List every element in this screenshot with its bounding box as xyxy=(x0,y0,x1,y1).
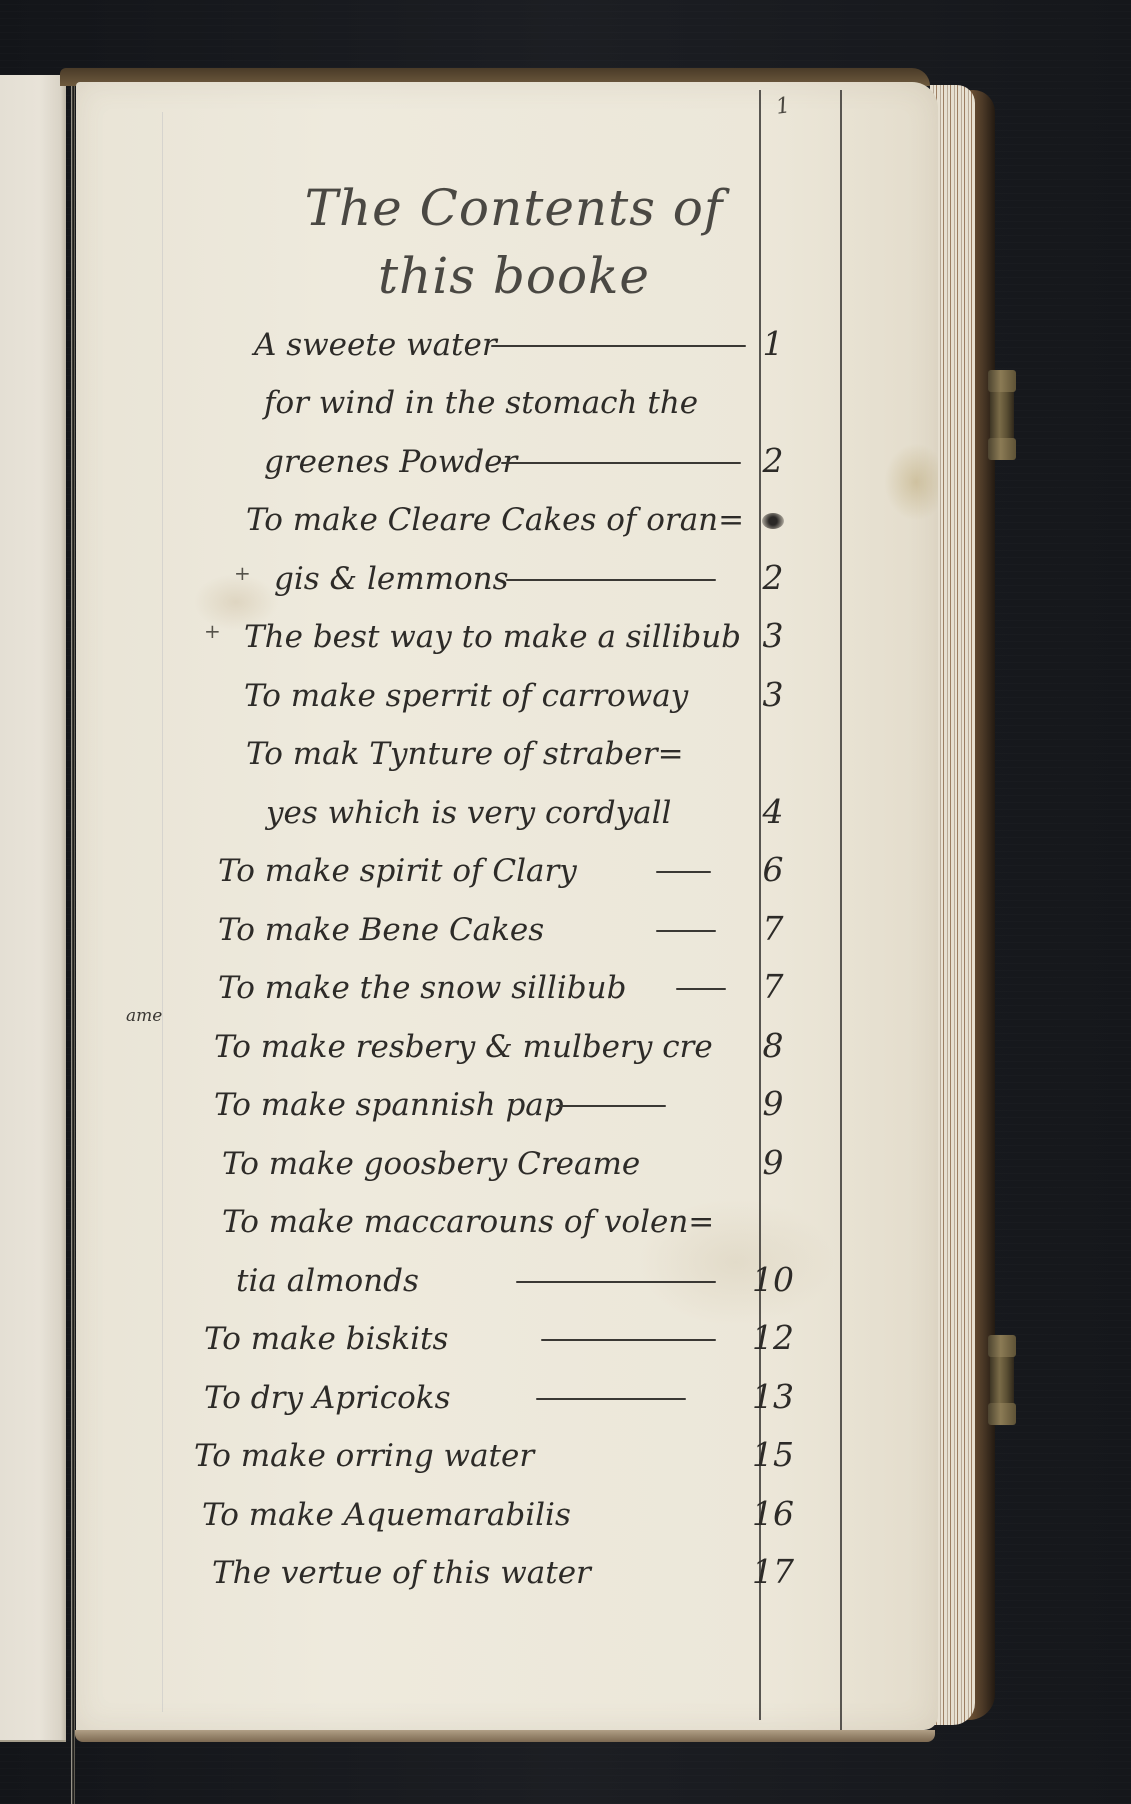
entry-page-number: 3 xyxy=(748,616,798,655)
contents-entry: To mak Tynture of straber= xyxy=(136,720,836,779)
entry-page-number: 4 xyxy=(748,792,798,831)
entry-page-number: 13 xyxy=(748,1377,798,1416)
contents-entry: The vertue of this water17 xyxy=(136,1539,836,1598)
entry-page-number: 2 xyxy=(748,441,798,480)
entry-title: To make resbery & mulbery cre xyxy=(214,1029,713,1065)
entry-title: To make biskits xyxy=(204,1321,448,1357)
contents-entry: To make orring water15 xyxy=(136,1422,836,1481)
entry-title: To make orring water xyxy=(194,1438,534,1474)
entry-title: To make maccarouns of volen= xyxy=(222,1204,714,1240)
entry-page-number: 10 xyxy=(748,1260,798,1299)
contents-entry: To make Aquemarabilis16 xyxy=(136,1480,836,1539)
title-line-1: The Contents of xyxy=(254,174,774,242)
entry-title: tia almonds xyxy=(236,1263,419,1299)
entry-title: To dry Apricoks xyxy=(204,1380,451,1416)
entry-page-number: 8 xyxy=(748,1026,798,1065)
leader-line xyxy=(656,930,716,932)
entry-title: To make the snow sillibub xyxy=(218,970,626,1006)
contents-entry: gis & lemmons+2 xyxy=(136,544,836,603)
page-title: The Contents of this booke xyxy=(254,174,774,310)
entry-page-number: 7 xyxy=(748,967,798,1006)
leader-line xyxy=(556,1105,666,1107)
entry-title: To mak Tynture of straber= xyxy=(246,736,684,772)
contents-entry: To make spannish pap9 xyxy=(136,1071,836,1130)
leader-line xyxy=(656,871,711,873)
interlinear-insertion: ame xyxy=(126,1006,162,1026)
entry-title: for wind in the stomach the xyxy=(264,385,698,421)
page-number-column-rule-right xyxy=(840,90,842,1730)
contents-entry: To make spirit of Clary6 xyxy=(136,837,836,896)
entry-page-number: 9 xyxy=(748,1084,798,1123)
contents-entry: To make biskits12 xyxy=(136,1305,836,1364)
contents-entry: To make maccarouns of volen= xyxy=(136,1188,836,1247)
entry-page-number: 17 xyxy=(748,1552,798,1591)
entry-title: To make spannish pap xyxy=(214,1087,564,1123)
entry-title: The best way to make a sillibub xyxy=(244,619,741,655)
contents-entry: The best way to make a sillibub+3 xyxy=(136,603,836,662)
leader-line xyxy=(506,579,716,581)
manuscript-page: 1 The Contents of this booke A sweete wa… xyxy=(76,82,938,1730)
ink-blot-page-number xyxy=(748,499,798,538)
entry-title: To make sperrit of carroway xyxy=(244,678,688,714)
ink-blot-icon xyxy=(762,513,784,529)
entry-page-number: 15 xyxy=(748,1435,798,1474)
contents-entry: To make Cleare Cakes of oran= xyxy=(136,486,836,545)
contents-entry: for wind in the stomach the xyxy=(136,369,836,428)
entry-title: A sweete water xyxy=(254,327,497,363)
leader-line xyxy=(536,1398,686,1400)
contents-entry: To make Bene Cakes7 xyxy=(136,895,836,954)
title-line-2: this booke xyxy=(254,242,774,310)
entry-page-number: 9 xyxy=(748,1143,798,1182)
entry-page-number: 16 xyxy=(748,1494,798,1533)
contents-entry: tia almonds10 xyxy=(136,1246,836,1305)
margin-cross-mark: + xyxy=(234,561,251,585)
entry-title: yes which is very cordyall xyxy=(266,795,671,831)
contents-entry: To make the snow sillibub7 xyxy=(136,954,836,1013)
entry-page-number: 12 xyxy=(748,1318,798,1357)
entry-page-number: 1 xyxy=(748,324,798,363)
entry-title: greenes Powder xyxy=(264,444,517,480)
entry-page-number: 2 xyxy=(748,558,798,597)
margin-cross-mark: + xyxy=(204,619,221,643)
entry-title: To make Cleare Cakes of oran= xyxy=(246,502,744,538)
leader-line xyxy=(516,1281,716,1283)
entry-title: To make spirit of Clary xyxy=(218,853,577,889)
contents-entry: yes which is very cordyall4 xyxy=(136,778,836,837)
contents-entry: A sweete water1 xyxy=(136,310,836,369)
entry-title: gis & lemmons xyxy=(274,561,509,597)
contents-entry: greenes Powder2 xyxy=(136,427,836,486)
contents-entry: To make resbery & mulbery creame8 xyxy=(136,1012,836,1071)
cover-bottom-edge xyxy=(75,1730,935,1742)
contents-entry: To make goosbery Creame9 xyxy=(136,1129,836,1188)
entry-title: To make goosbery Creame xyxy=(222,1146,640,1182)
leader-line xyxy=(676,988,726,990)
entry-title: The vertue of this water xyxy=(212,1555,591,1591)
entry-page-number: 3 xyxy=(748,675,798,714)
facing-page-left xyxy=(0,75,66,1742)
book-gutter xyxy=(71,70,75,1804)
entry-title: To make Aquemarabilis xyxy=(202,1497,571,1533)
entry-title: To make Bene Cakes xyxy=(218,912,544,948)
contents-list: A sweete water1for wind in the stomach t… xyxy=(136,310,836,1597)
folio-number: 1 xyxy=(774,93,791,120)
clasp-upper xyxy=(990,370,1014,460)
leader-line xyxy=(541,1339,716,1341)
contents-entry: To make sperrit of carroway3 xyxy=(136,661,836,720)
entry-page-number: 7 xyxy=(748,909,798,948)
leader-line xyxy=(491,345,746,347)
clasp-lower xyxy=(990,1335,1014,1425)
entry-page-number: 6 xyxy=(748,850,798,889)
contents-entry: To dry Apricoks13 xyxy=(136,1363,836,1422)
leader-line xyxy=(501,462,741,464)
